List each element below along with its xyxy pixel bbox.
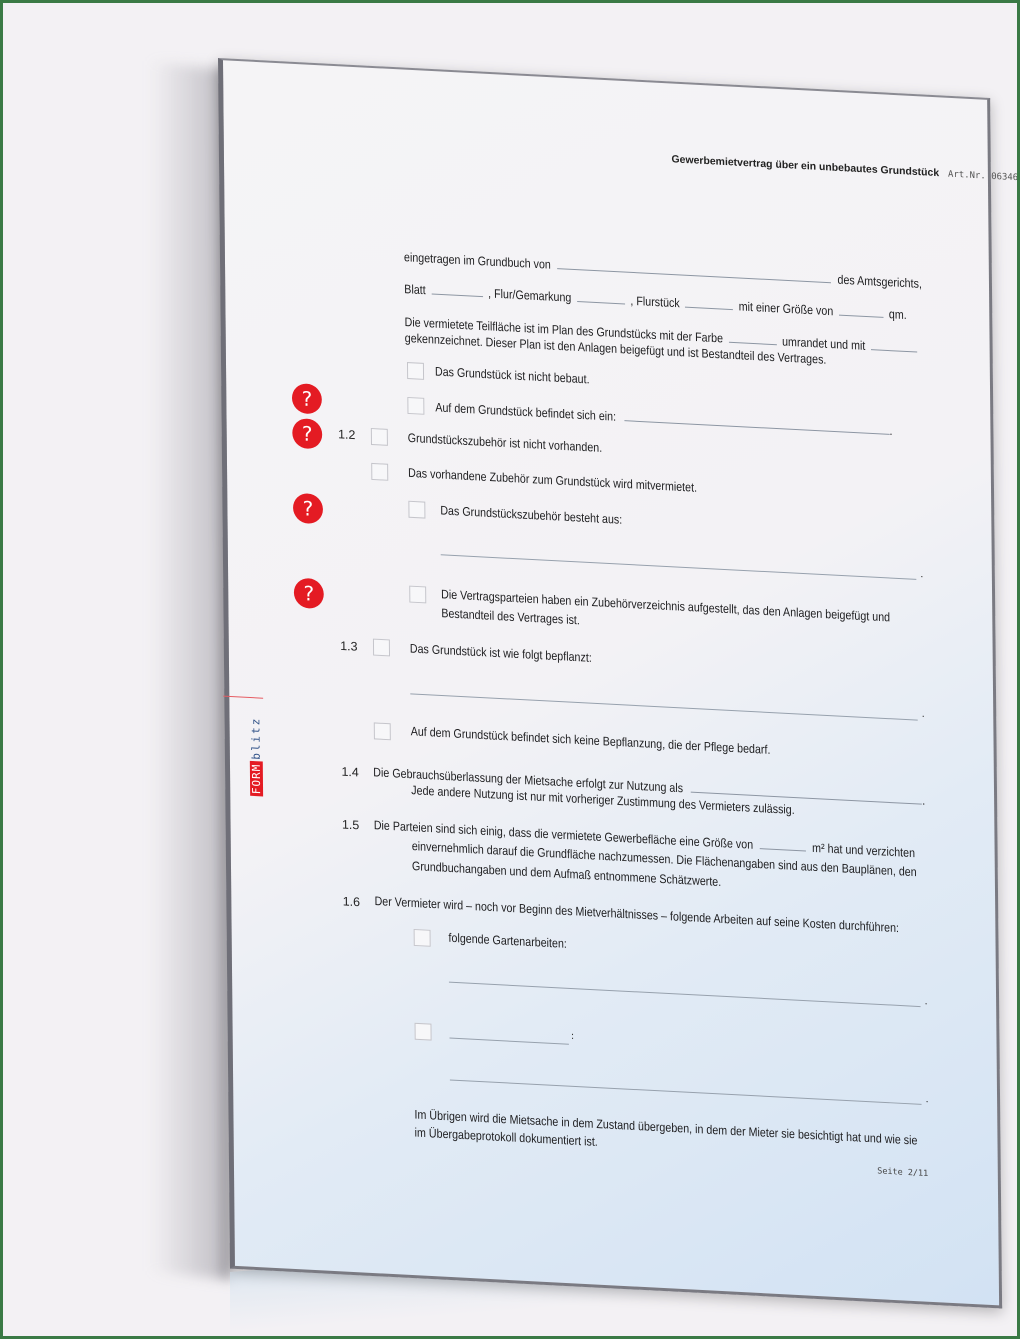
section-number-1-2: 1.2 [338,427,355,442]
option-befindet-sich: Auf dem Grundstück befindet sich ein: . [435,399,892,438]
document-header: Gewerbemietvertrag über ein unbebautes G… [671,153,1018,183]
qm-label: qm. [889,307,907,322]
help-icon[interactable]: ? [293,493,323,524]
flur-label: , Flur/Gemarkung [488,286,571,304]
option-keine-bepflanzung: Auf dem Grundstück befindet sich keine B… [411,724,771,757]
option-zubehoerverzeichnis-line-2: Bestandteil des Vertrages ist. [441,606,580,627]
blatt-label: Blatt [404,282,426,297]
section-number-1-5: 1.5 [342,818,359,833]
befindet-sich-field[interactable] [624,409,889,435]
checkbox-custom-work[interactable] [415,1023,432,1041]
flaeche-field[interactable] [759,837,805,851]
page-number: Seite 2/11 [877,1166,928,1179]
period: . [922,709,925,720]
document-page: Gewerbemietvertrag über ein unbebautes G… [218,58,1002,1309]
checkbox-zubehoerverzeichnis[interactable] [409,586,426,604]
custom-work-field[interactable] [450,1079,922,1104]
help-icon[interactable]: ? [292,418,322,449]
flur-field[interactable] [577,290,625,304]
checkbox-gartenarbeiten[interactable] [414,929,431,947]
checkbox-zubehoer-mitvermietet[interactable] [371,463,388,481]
verzichten-text: m² hat und verzichten [812,841,915,860]
checkbox-zubehoer-none[interactable] [371,428,388,446]
logo-rule [223,696,263,699]
option-zubehoer-mitvermietet: Das vorhandene Zubehör zum Grundstück wi… [408,466,697,495]
arbeiten-line: Der Vermieter wird – noch vor Beginn des… [374,894,899,935]
section-number-1-4: 1.4 [341,765,358,780]
formblitz-logo: FORMblitz [249,700,270,797]
checkbox-bepflanzt[interactable] [373,639,390,657]
document-preview: Gewerbemietvertrag über ein unbebautes G… [0,0,1020,1339]
custom-work-label-field[interactable] [449,1038,568,1045]
logo-wordmark: FORMblitz [249,700,264,797]
page-shadow [150,62,230,1280]
period: . [924,996,927,1007]
checkbox-zubehoer-besteht[interactable] [408,501,425,519]
zubehoer-field[interactable] [441,554,917,580]
option-nicht-bebaut: Das Grundstück ist nicht bebaut. [435,364,590,386]
bepflanzung-field[interactable] [410,693,917,720]
option-bepflanzt: Das Grundstück ist wie folgt bepflanzt: [410,641,592,664]
kennzeichnung-field[interactable] [871,338,917,352]
groesse-label: mit einer Größe von [739,299,834,318]
checkbox-befindet-sich[interactable] [407,397,424,415]
flurstueck-label: , Flurstück [630,294,679,311]
checkbox-nicht-bebaut[interactable] [407,362,424,380]
checkbox-keine-bepflanzung[interactable] [374,722,391,740]
blatt-field[interactable] [431,282,482,297]
flurstueck-line: Blatt , Flur/Gemarkung , Flurstück mit e… [404,281,907,322]
amtsgericht-label: des Amtsgerichts, [837,273,922,291]
option-zubehoer-none: Grundstückszubehör ist nicht vorhanden. [408,431,603,455]
period: . [920,569,923,580]
section-number-1-6: 1.6 [343,894,360,909]
flurstueck-field[interactable] [685,296,733,310]
groesse-field[interactable] [839,304,884,318]
option-zubehoer-besteht: Das Grundstückszubehör besteht aus: [440,503,622,526]
umrandet-text: umrandet und mit [782,335,865,353]
help-icon[interactable]: ? [292,383,322,414]
logo-form: FORM [250,761,263,796]
article-number: Art.Nr. 06346 [948,170,1018,184]
help-icon[interactable]: ? [294,578,324,609]
section-number-1-3: 1.3 [340,639,357,654]
colon: : [571,1031,574,1042]
befindet-sich-label: Auf dem Grundstück befindet sich ein: [435,400,616,423]
grundbuch-field[interactable] [557,257,831,283]
logo-blitz: blitz [249,716,262,762]
grundbuch-label: eingetragen im Grundbuch von [404,250,551,272]
gartenarbeiten-field[interactable] [449,982,921,1007]
document-title: Gewerbemietvertrag über ein unbebautes G… [671,153,939,179]
period: . [925,1094,928,1105]
option-gartenarbeiten: folgende Gartenarbeiten: [448,931,566,951]
farbe-field[interactable] [729,331,777,345]
